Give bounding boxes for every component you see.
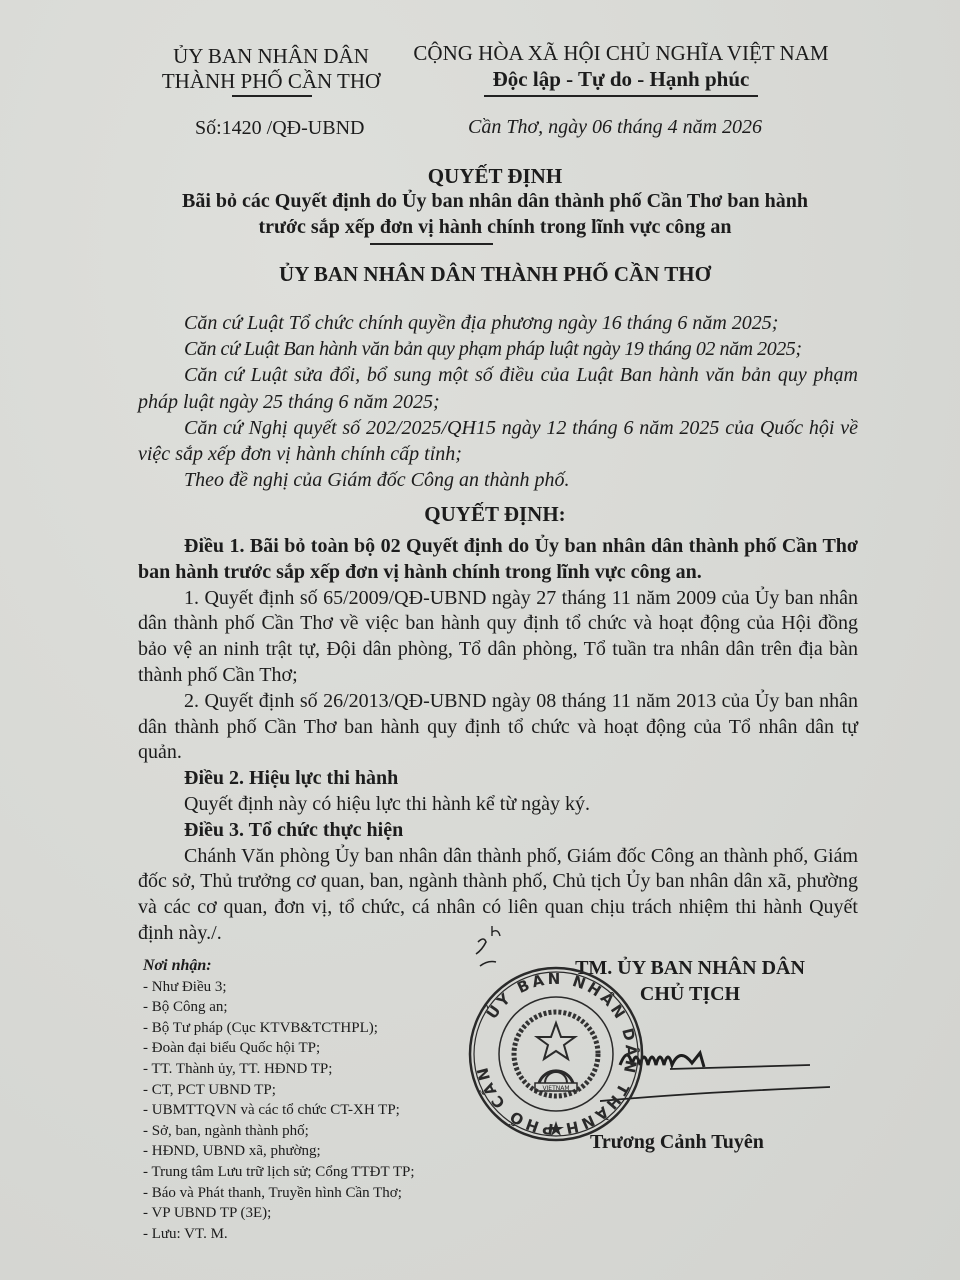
motto-underline <box>484 95 758 97</box>
article-1-title: Điều 1. Bãi bỏ toàn bộ 02 Quyết định do … <box>138 534 858 586</box>
initials-mark <box>470 920 520 970</box>
recipient-item: - UBMTTQVN và các tổ chức CT-XH TP; <box>143 1100 473 1121</box>
signatory-name: Trương Cảnh Tuyên <box>590 1131 764 1154</box>
recipient-item: - HĐND, UBND xã, phường; <box>143 1141 473 1162</box>
legal-basis: Căn cứ Luật Tổ chức chính quyền địa phươ… <box>138 310 858 493</box>
decision-heading: QUYẾT ĐỊNH: <box>130 502 860 527</box>
nation-line-1: CỘNG HÒA XÃ HỘI CHỦ NGHĨA VIỆT NAM <box>398 40 844 66</box>
article-2-title: Điều 2. Hiệu lực thi hành <box>138 766 858 792</box>
document-type: QUYẾT ĐỊNH <box>130 164 860 189</box>
article-1-item-2: 2. Quyết định số 26/2013/QĐ-UBND ngày 08… <box>138 689 858 766</box>
subject-underline <box>370 243 493 245</box>
recipient-item: - Lưu: VT. M. <box>143 1224 473 1245</box>
agency-underline <box>232 95 312 97</box>
document-subject: Bãi bỏ các Quyết định do Ủy ban nhân dân… <box>130 188 860 240</box>
recipient-item: - Đoàn đại biểu Quốc hội TP; <box>143 1038 473 1059</box>
recipient-item: - Bộ Tư pháp (Cục KTVB&TCTHPL); <box>143 1018 473 1039</box>
recipient-item: - Sở, ban, ngành thành phố; <box>143 1121 473 1142</box>
recipient-item: - Trung tâm Lưu trữ lịch sử; Cổng TTĐT T… <box>143 1162 473 1183</box>
subject-line-2: trước sắp xếp đơn vị hành chính trong lĩ… <box>130 214 860 240</box>
recipient-item: - VP UBND TP (3E); <box>143 1203 473 1224</box>
article-2-text: Quyết định này có hiệu lực thi hành kể t… <box>138 792 858 818</box>
agency-line-2: THÀNH PHỐ CẦN THƠ <box>140 69 402 94</box>
basis-item: Căn cứ Luật sửa đổi, bổ sung một số điều… <box>138 362 858 414</box>
nation-line-2: Độc lập - Tự do - Hạnh phúc <box>398 66 844 92</box>
article-3-title: Điều 3. Tổ chức thực hiện <box>138 818 858 844</box>
seal-inner-text: VIETNAM <box>542 1085 569 1092</box>
basis-item: Theo đề nghị của Giám đốc Công an thành … <box>138 467 858 493</box>
recipients-heading: Nơi nhận: <box>143 956 473 977</box>
basis-item: Căn cứ Nghị quyết số 202/2025/QH15 ngày … <box>138 415 858 467</box>
recipient-item: - Như Điều 3; <box>143 977 473 998</box>
subject-line-1: Bãi bỏ các Quyết định do Ủy ban nhân dân… <box>130 188 860 214</box>
agency-line-1: ỦY BAN NHÂN DÂN <box>140 44 402 69</box>
place-date: Cần Thơ, ngày 06 tháng 4 năm 2026 <box>468 116 762 139</box>
official-seal: ỦY BAN NHÂN DÂN THÀNH PHỐ CẦN THƠ VIETNA… <box>467 965 645 1143</box>
recipients-list: Nơi nhận: - Như Điều 3;- Bộ Công an;- Bộ… <box>143 956 473 1244</box>
articles: Điều 1. Bãi bỏ toàn bộ 02 Quyết định do … <box>138 534 858 947</box>
recipient-item: - Báo và Phát thanh, Truyền hình Cần Thơ… <box>143 1183 473 1204</box>
recipient-item: - CT, PCT UBND TP; <box>143 1080 473 1101</box>
recipient-item: - TT. Thành ủy, TT. HĐND TP; <box>143 1059 473 1080</box>
issuing-authority: ỦY BAN NHÂN DÂN THÀNH PHỐ CẦN THƠ <box>130 262 860 287</box>
national-motto: CỘNG HÒA XÃ HỘI CHỦ NGHĨA VIỆT NAM Độc l… <box>398 40 844 92</box>
document-number: Số:1420 /QĐ-UBND <box>195 117 364 140</box>
article-1-item-1: 1. Quyết định số 65/2009/QĐ-UBND ngày 27… <box>138 586 858 689</box>
basis-item: Căn cứ Luật Tổ chức chính quyền địa phươ… <box>138 310 858 336</box>
issuing-agency: ỦY BAN NHÂN DÂN THÀNH PHỐ CẦN THƠ <box>140 44 402 94</box>
recipient-item: - Bộ Công an; <box>143 997 473 1018</box>
basis-item: Căn cứ Luật Ban hành văn bản quy phạm ph… <box>138 336 858 362</box>
